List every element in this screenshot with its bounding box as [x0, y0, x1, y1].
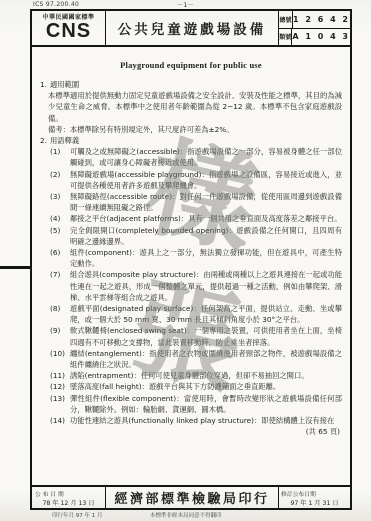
class-number-row: 類號 A 1 0 4 3: [279, 29, 350, 46]
term-item: (1)可觸及之或無障礙之(accessible)：指遊戲場設備之一部分，容易被身…: [50, 146, 342, 168]
term-text: 功能性連結之遊具(functionally linked play struct…: [70, 415, 342, 426]
term-number: (1): [50, 146, 70, 168]
copyright-notice: 本標準非經本局同意不得翻印: [150, 511, 222, 519]
section-1-note: 備考：本標準除另有特別規定外，其尺度許可差為±2%。: [48, 124, 342, 135]
section-2-heading: 用語釋義: [50, 135, 79, 146]
term-item: (14)功能性連結之遊具(functionally linked play st…: [50, 415, 342, 426]
publish-date-label: 公 布 日 期: [35, 489, 102, 498]
publish-date-cell: 公 布 日 期 78 年 12 月 13 日: [32, 487, 106, 508]
term-item: (12)墜落高度(fall height)：遊戲平台與其下方防護鋪面之垂直距離。: [50, 381, 342, 392]
body-text: 1. 適用範圍 本標準適用於提供無動力固定兒童遊戲場設備之安全設計、安裝及性能之…: [32, 76, 350, 438]
term-item: (4)鄰接之平台(adjacent platforms)：具有一個共用之垂直面及…: [50, 213, 342, 224]
term-text: 無障礙路徑(accessible route)：對任何一件遊戲場設備，從使用區周…: [70, 191, 342, 213]
revision-date-label: 修訂公布日期: [281, 489, 348, 498]
term-item: (10)纏結(entanglement)：指使用者之衣物或圍繞使用者頸部之物件，…: [50, 348, 342, 370]
page-number: －1－: [0, 0, 371, 9]
term-item: (13)彈性組件(flexible component)：當使用時，會暫時改變形…: [50, 393, 342, 415]
term-number: (14): [50, 415, 70, 426]
header-table: 中華民國國家標準 CNS 公共兒童遊戲場設備 總號 1 2 6 4 2 類號 A…: [32, 11, 350, 47]
print-info-line: 印行年月 97 年 1 月 本標準非經本局同意不得翻印: [0, 511, 371, 521]
class-number-label: 類號: [279, 29, 292, 46]
scanned-standard-page: { "page": { "ics": "ICS 97.200.40", "pag…: [0, 0, 371, 521]
term-item: (7)組合遊具(composite play structure)：由兩種或兩種…: [50, 269, 342, 303]
terms-list: (1)可觸及之或無障礙之(accessible)：指遊戲場設備之一部分，容易被身…: [50, 146, 342, 426]
term-number: (12): [50, 381, 70, 392]
term-number: (8): [50, 303, 70, 325]
term-number: (7): [50, 269, 70, 303]
term-text: 鄰接之平台(adjacent platforms)：具有一個共用之垂直面及高度落…: [70, 213, 342, 224]
revision-date-cell: 修訂公布日期 97 年 1 月 31 日: [278, 487, 350, 508]
serial-number-value: 1 2 6 4 2: [293, 11, 350, 28]
term-text: 誘陷(entrapment)：任何可使兒童身體部位穿過，但卻不易抽回之開口。: [70, 370, 342, 381]
header-number-cell: 總號 1 2 6 4 2 類號 A 1 0 4 3: [278, 11, 350, 45]
term-item: (6)組件(component)：遊具上之一部分，無法獨立發揮功能，但在遊具中，…: [50, 247, 342, 269]
term-item: (8)遊戲平面(designated play surface)：任何架高之平面…: [50, 303, 342, 325]
page-frame: 中華民國國家標準 CNS 公共兒童遊戲場設備 總號 1 2 6 4 2 類號 A…: [30, 9, 352, 510]
class-number-value: A 1 0 4 3: [292, 29, 350, 46]
term-number: (4): [50, 213, 70, 224]
section-2-number: 2.: [40, 135, 47, 146]
term-text: 組合遊具(composite play structure)：由兩種或兩種以上之…: [70, 269, 342, 303]
term-text: 纏結(entanglement)：指使用者之衣物或圍繞使用者頸部之物件，被遊戲場…: [70, 348, 342, 370]
serial-number-label: 總號: [279, 11, 293, 28]
serial-number-row: 總號 1 2 6 4 2: [279, 11, 350, 29]
issuer-cell: 經濟部標準檢驗局印行: [106, 487, 278, 508]
header-title-cell: 公共兒童遊戲場設備: [106, 11, 278, 45]
term-number: (2): [50, 169, 70, 191]
term-number: (5): [50, 225, 70, 247]
registration-mark: [0, 266, 30, 269]
revision-date-value: 97 年 1 月 31 日: [281, 498, 348, 507]
section-1-number: 1.: [40, 79, 47, 90]
term-number: (6): [50, 247, 70, 269]
term-number: (11): [50, 370, 70, 381]
term-number: (3): [50, 191, 70, 213]
section-1-title: 1. 適用範圍: [40, 79, 342, 90]
term-text: 組件(component)：遊具上之一部分，無法獨立發揮功能，但在遊具中，可產生…: [70, 247, 342, 269]
term-text: 遊戲平面(designated play surface)：任何架高之平面，提供…: [70, 303, 342, 325]
term-item: (5)完全侷限開口(completely bounded opening)：遊戲…: [50, 225, 342, 247]
issuer-name: 經濟部標準檢驗局印行: [114, 488, 269, 507]
cns-logo: CNS: [46, 21, 91, 41]
term-number: (10): [50, 348, 70, 370]
term-text: 彈性組件(flexible component)：當使用時，會暫時改變形狀之遊戲…: [70, 393, 342, 415]
term-text: 軟式鞦韆椅(enclosed swing seat)：一個專用之裝置，可供使用者…: [70, 325, 342, 347]
document-title: 公共兒童遊戲場設備: [118, 18, 267, 38]
term-text: 可觸及之或無障礙之(accessible)：指遊戲場設備之一部分，容易被身體之任…: [70, 146, 342, 168]
header-cns-cell: 中華民國國家標準 CNS: [32, 11, 106, 45]
term-text: 墜落高度(fall height)：遊戲平台與其下方防護鋪面之垂直距離。: [70, 381, 342, 392]
footer-table: 公 布 日 期 78 年 12 月 13 日 經濟部標準檢驗局印行 修訂公布日期…: [32, 485, 350, 508]
term-item: (11)誘陷(entrapment)：任何可使兒童身體部位穿過，但卻不易抽回之開…: [50, 370, 342, 381]
term-text: 完全侷限開口(completely bounded opening)：遊戲設備之…: [70, 225, 342, 247]
term-number: (13): [50, 393, 70, 415]
section-1-heading: 適用範圍: [50, 79, 79, 90]
term-text: 無障礙遊戲場(accessible playground)：指遊戲場之設備區，容…: [70, 169, 342, 191]
term-item: (2)無障礙遊戲場(accessible playground)：指遊戲場之設備…: [50, 169, 342, 191]
term-number: (9): [50, 325, 70, 347]
term-item: (9)軟式鞦韆椅(enclosed swing seat)：一個專用之裝置，可供…: [50, 325, 342, 347]
term-item: (3)無障礙路徑(accessible route)：對任何一件遊戲場設備，從使…: [50, 191, 342, 213]
total-pages-note: (共 65 頁): [40, 426, 342, 437]
publish-date-value: 78 年 12 月 13 日: [35, 498, 102, 507]
print-date: 印行年月 97 年 1 月: [52, 511, 103, 519]
english-title: Playground equipment for public use: [32, 47, 350, 76]
section-1-paragraph: 本標準適用於提供無動力固定兒童遊戲場設備之安全設計、安裝及性能之標準，其目的為減…: [48, 90, 342, 124]
section-2-title: 2. 用語釋義: [40, 135, 342, 146]
